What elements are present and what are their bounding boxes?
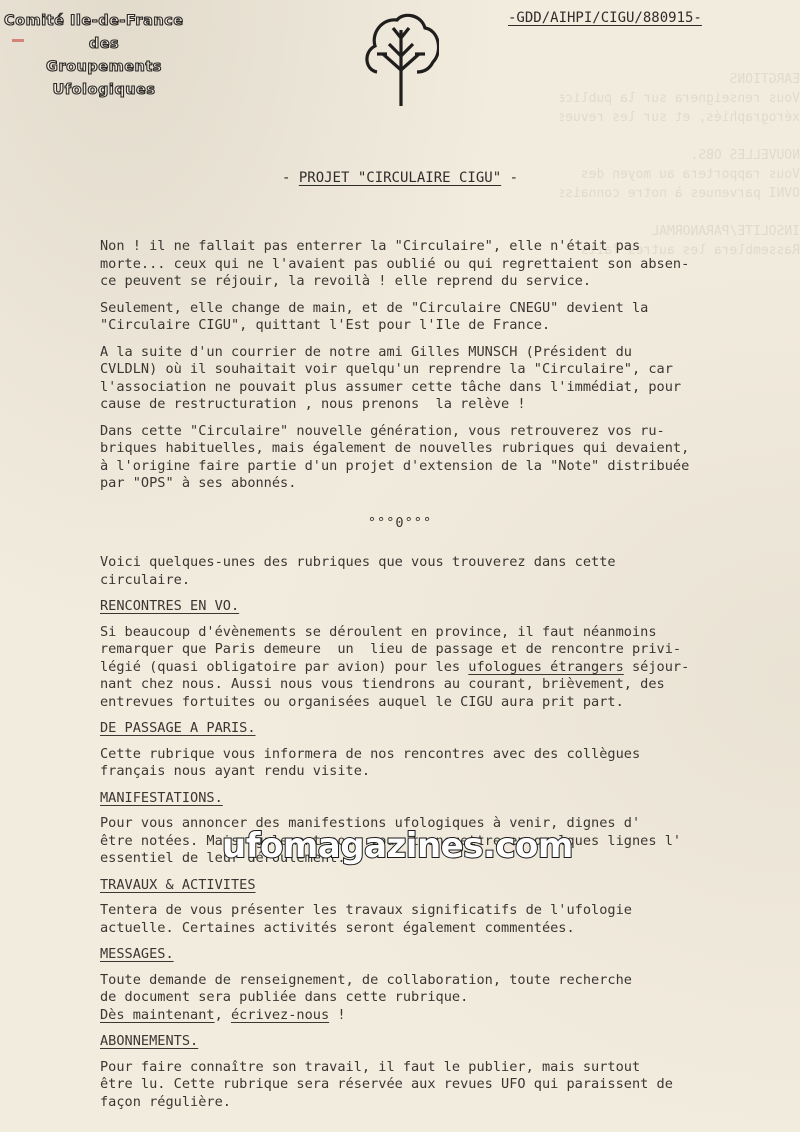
- org-line: Ufologiques: [4, 79, 204, 102]
- heading-period: .: [231, 598, 239, 614]
- section-heading: RENCONTRES EN VO.: [100, 598, 790, 616]
- title-text: PROJET "CIRCULAIRE CIGU": [299, 170, 501, 186]
- callout-line: Dès maintenant, écrivez-nous !: [100, 1007, 790, 1025]
- section-text: Tentera de vous présenter les travaux si…: [100, 902, 790, 937]
- section-heading: MANIFESTATIONS.: [100, 790, 790, 808]
- callout-text: écrivez-nous: [231, 1007, 329, 1023]
- section-text: Pour faire connaître son travail, il fau…: [100, 1059, 790, 1112]
- lead-in-paragraph: Voici quelques-unes des rubriques que vo…: [100, 554, 790, 589]
- heading-text: ABONNEMENTS: [100, 1033, 190, 1049]
- heading-period: .: [190, 1033, 198, 1049]
- intro-paragraph: Non ! il ne fallait pas enterrer la "Cir…: [100, 238, 790, 291]
- org-line: Groupements: [4, 56, 204, 79]
- section-heading: ABONNEMENTS.: [100, 1033, 790, 1051]
- heading-text: MANIFESTATIONS: [100, 790, 215, 806]
- watermark: ufomagazines.com: [222, 826, 573, 866]
- text-segment: !: [329, 1007, 345, 1023]
- section-separator: °°°0°°°: [100, 515, 790, 533]
- heading-text: DE PASSAGE A PARIS: [100, 720, 247, 736]
- heading-text: TRAVAUX & ACTIVITES: [100, 877, 256, 893]
- organization-name: Comité Ile-de-France des Groupements Ufo…: [4, 10, 204, 102]
- tree-icon: [363, 8, 439, 106]
- title-dash: -: [501, 170, 518, 186]
- section-text: Cette rubrique vous informera de nos ren…: [100, 746, 790, 781]
- callout-text: Dès maintenant: [100, 1007, 215, 1023]
- intro-paragraph: A la suite d'un courrier de notre ami Gi…: [100, 344, 790, 414]
- intro-paragraph: Seulement, elle change de main, et de "C…: [100, 300, 790, 335]
- document-body: Non ! il ne fallait pas enterrer la "Cir…: [100, 238, 790, 1120]
- section-text: Toute demande de renseignement, de colla…: [100, 972, 790, 1007]
- heading-text: MESSAGES: [100, 946, 165, 962]
- section-heading: DE PASSAGE A PARIS.: [100, 720, 790, 738]
- page-title: - PROJET "CIRCULAIRE CIGU" -: [0, 170, 800, 186]
- heading-text: RENCONTRES EN VO: [100, 598, 231, 614]
- heading-period: .: [247, 720, 255, 736]
- emphasized-text: ufologues étrangers: [468, 659, 624, 675]
- document-reference: -GDD/AIHPI/CIGU/880915-: [508, 10, 702, 26]
- section-heading: TRAVAUX & ACTIVITES: [100, 877, 790, 895]
- intro-paragraph: Dans cette "Circulaire" nouvelle générat…: [100, 423, 790, 493]
- heading-period: .: [165, 946, 173, 962]
- bleed-through-text: EARGTIONS Vous renseignera sur la public…: [560, 70, 800, 260]
- org-line: des: [4, 33, 204, 56]
- title-dash: -: [282, 170, 299, 186]
- section-text: Si beaucoup d'évènements se déroulent en…: [100, 624, 790, 712]
- text-segment: ,: [215, 1007, 231, 1023]
- org-line: Comité Ile-de-France: [4, 10, 204, 33]
- heading-period: .: [215, 790, 223, 806]
- section-heading: MESSAGES.: [100, 946, 790, 964]
